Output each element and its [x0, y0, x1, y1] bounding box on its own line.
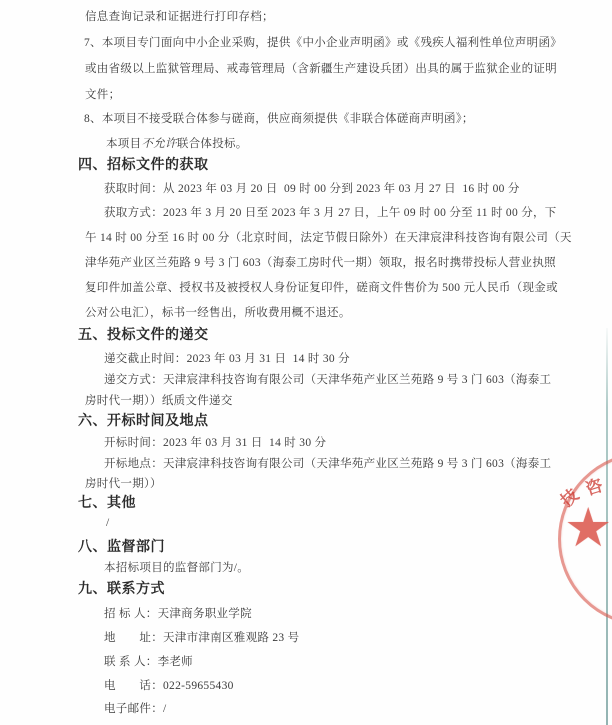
section-heading-9: 九、联系方式	[78, 580, 165, 597]
contact-label: 联 系 人：	[104, 656, 158, 668]
contact-value: 022-59655430	[163, 680, 234, 692]
contact-row-bidder: 招 标 人：天津商务职业学院	[104, 607, 252, 622]
seal-circle-border	[558, 452, 612, 626]
sec6-open-time: 开标时间：2023 年 03 月 31 日 14 时 30 分	[104, 436, 326, 451]
seal-arc-text: 咨	[582, 471, 606, 500]
section-heading-4: 四、招标文件的获取	[78, 156, 209, 173]
no-jv-emphasis: 不允许	[141, 138, 176, 150]
sec5-submit-method-1: 递交方式：天津宸津科技咨询有限公司（天津华苑产业区兰苑路 9 号 3 门 603…	[104, 373, 551, 388]
contact-label: 电 话：	[104, 680, 163, 692]
sec7-value: /	[106, 516, 110, 531]
no-jv-suffix: 联合体投标。	[177, 138, 248, 150]
sec6-open-place-1: 开标地点：天津宸津科技咨询有限公司（天津华苑产业区兰苑路 9 号 3 门 603…	[104, 457, 551, 472]
contact-label: 电子邮件：	[104, 703, 163, 715]
page-edge-scan-line	[606, 328, 608, 725]
doc-line-no-jv: 本项目不允许联合体投标。	[106, 137, 248, 152]
doc-line-item7-2: 或由省级以上监狱管理局、戒毒管理局（含新疆生产建设兵团）出具的属于监狱企业的证明	[85, 62, 557, 77]
no-jv-prefix: 本项目	[106, 138, 141, 150]
star-icon: ★	[564, 500, 612, 556]
doc-line-item7-3: 文件；	[85, 88, 120, 103]
contact-value: 天津商务职业学院	[158, 608, 252, 620]
section-heading-6: 六、开标时间及地点	[78, 412, 209, 429]
contact-value: 李老师	[158, 656, 193, 668]
contact-label: 地 址：	[104, 632, 163, 644]
sec4-obtain-method-2: 午 14 时 00 分至 16 时 00 分（北京时间，法定节假日除外）在天津宸…	[85, 231, 572, 246]
contact-value: /	[163, 703, 167, 715]
sec5-deadline: 递交截止时间：2023 年 03 月 31 日 14 时 30 分	[104, 352, 350, 367]
document-page: 信息查询记录和证据进行打印存档； 7、本项目专门面向中小企业采购，提供《中小企业…	[0, 0, 612, 725]
sec4-obtain-method-3: 津华苑产业区兰苑路 9 号 3 门 603（海泰工房时代一期）领取，报名时携带投…	[85, 256, 556, 271]
contact-value: 天津市津南区雅观路 23 号	[163, 632, 299, 644]
contact-row-person: 联 系 人：李老师	[104, 655, 193, 670]
doc-line-item7-1: 7、本项目专门面向中小企业采购，提供《中小企业声明函》或《残疾人福利性单位声明函…	[84, 36, 562, 51]
section-heading-7: 七、其他	[78, 494, 136, 511]
section-heading-5: 五、投标文件的递交	[78, 326, 209, 343]
doc-line-carryover: 信息查询记录和证据进行打印存档；	[85, 10, 274, 25]
contact-row-email: 电子邮件：/	[104, 702, 167, 717]
sec4-obtain-method-1: 获取方式：2023 年 3 月 20 日至 2023 年 3 月 27 日，上午…	[104, 206, 557, 221]
sec8-body: 本招标项目的监督部门为/。	[104, 561, 249, 576]
contact-row-phone: 电 话：022-59655430	[104, 679, 234, 694]
sec4-obtain-method-4: 复印件加盖公章、授权书及被授权人身份证复印件，磋商文件售价为 500 元人民币（…	[85, 281, 558, 296]
sec5-submit-method-2: 房时代一期））纸质文件递交	[85, 394, 233, 409]
contact-row-address: 地 址：天津市津南区雅观路 23 号	[104, 631, 299, 646]
sec6-open-place-2: 房时代一期））	[85, 477, 162, 492]
seal-arc-text: 技	[554, 481, 583, 511]
section-heading-8: 八、监督部门	[78, 538, 165, 555]
sec4-obtain-method-5: 公对公电汇），标书一经售出，所收费用概不退还。	[85, 306, 351, 321]
contact-label: 招 标 人：	[104, 608, 158, 620]
sec4-obtain-time: 获取时间：从 2023 年 03 月 20 日 09 时 00 分到 2023 …	[104, 182, 520, 197]
doc-line-item8: 8、本项目不接受联合体参与磋商，供应商须提供《非联合体磋商声明函》；	[84, 112, 474, 127]
